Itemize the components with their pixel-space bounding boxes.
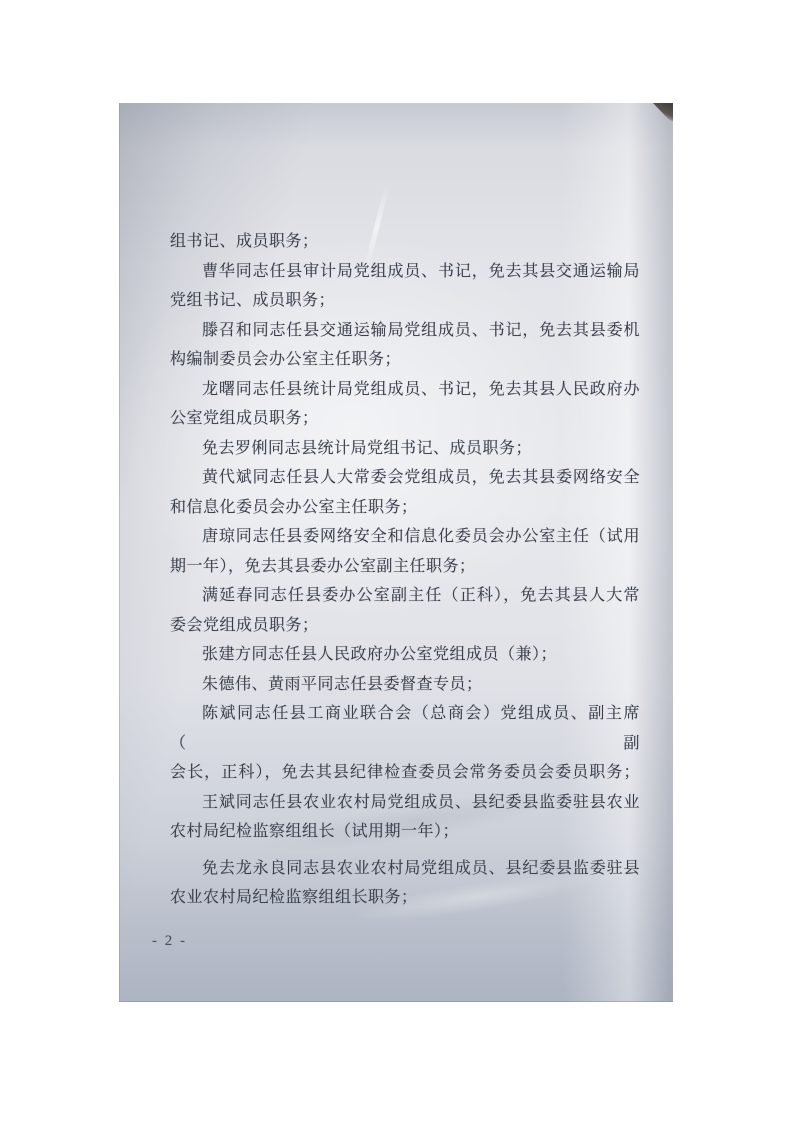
document-line: 公室党组成员职务； bbox=[170, 404, 640, 434]
document-line: 张建方同志任县人民政府办公室党组成员（兼）； bbox=[170, 640, 640, 670]
document-line: 构编制委员会办公室主任职务； bbox=[170, 345, 640, 375]
document-line: 王斌同志任县农业农村局党组成员、县纪委县监委驻县农业 bbox=[170, 788, 640, 818]
document-line: 黄代斌同志任县人大常委会党组成员，免去其县委网络安全 bbox=[170, 463, 640, 493]
document-line: 农业农村局纪检监察组组长职务； bbox=[170, 883, 640, 913]
document-line: 党组书记、成员职务； bbox=[170, 286, 640, 316]
page-number: - 2 - bbox=[152, 933, 187, 950]
document-line: 满延春同志任县委办公室副主任（正科），免去其县人大常 bbox=[170, 581, 640, 611]
document-line: 朱德伟、黄雨平同志任县委督查专员； bbox=[170, 670, 640, 700]
document-line: 委会党组成员职务； bbox=[170, 611, 640, 641]
document-line: 期一年），免去其县委办公室副主任职务； bbox=[170, 552, 640, 582]
document-line: 免去罗俐同志县统计局党组书记、成员职务； bbox=[170, 434, 640, 464]
document-line: 滕召和同志任县交通运输局党组成员、书记，免去其县委机 bbox=[170, 316, 640, 346]
document-line: 曹华同志任县审计局党组成员、书记，免去其县交通运输局 bbox=[170, 257, 640, 287]
page-corner-fold-shadow bbox=[653, 103, 673, 124]
document-line: 龙曙同志任县统计局党组成员、书记，免去其县人民政府办 bbox=[170, 375, 640, 405]
document-line: 陈斌同志任县工商业联合会（总商会）党组成员、副主席（副 bbox=[170, 699, 640, 758]
document-line: 和信息化委员会办公室主任职务； bbox=[170, 493, 640, 523]
document-line: 会长，正科），免去其县纪律检查委员会常务委员会委员职务； bbox=[170, 758, 640, 788]
document-line: 农村局纪检监察组组长（试用期一年）； bbox=[170, 817, 640, 847]
document-line: 唐琼同志任县委网络安全和信息化委员会办公室主任（试用 bbox=[170, 522, 640, 552]
document-body-text: 组书记、成员职务；曹华同志任县审计局党组成员、书记，免去其县交通运输局党组书记、… bbox=[170, 227, 640, 913]
document-line: 组书记、成员职务； bbox=[170, 227, 640, 257]
scanned-document-photo: 组书记、成员职务；曹华同志任县审计局党组成员、书记，免去其县交通运输局党组书记、… bbox=[119, 103, 673, 1002]
document-line: 免去龙永良同志县农业农村局党组成员、县纪委县监委驻县 bbox=[170, 854, 640, 884]
